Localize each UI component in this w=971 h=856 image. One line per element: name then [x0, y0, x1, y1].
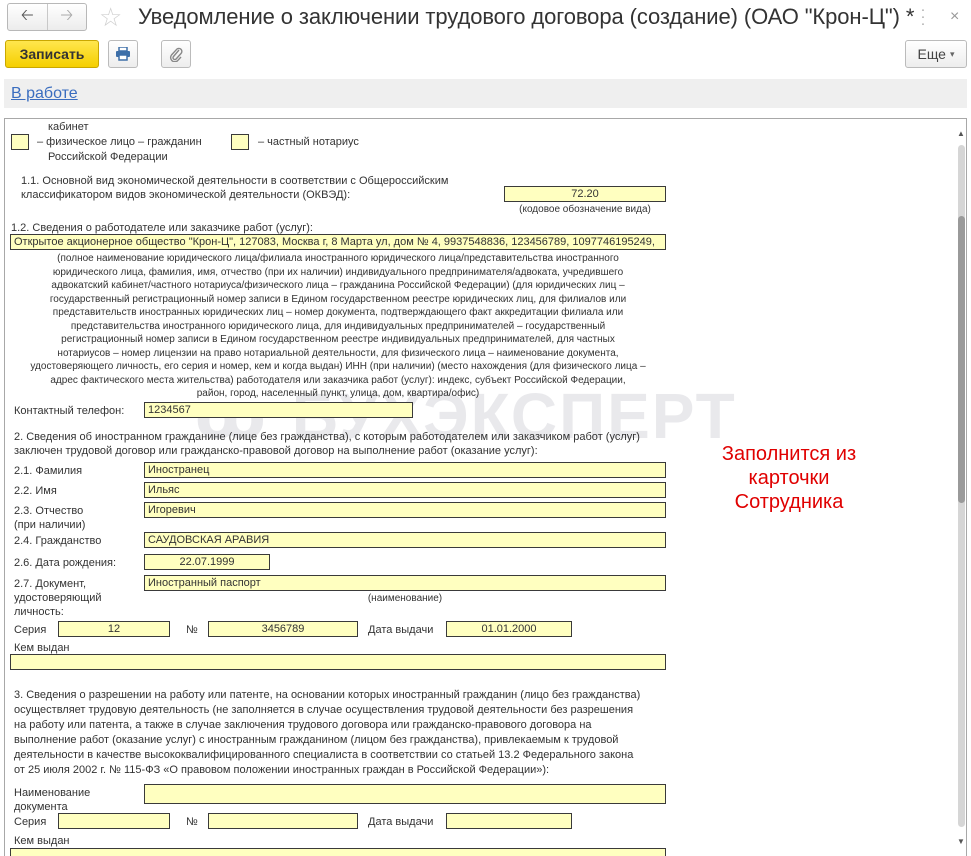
issue-date-label: Дата выдачи	[368, 623, 433, 637]
more-button[interactable]: Еще ▾	[905, 40, 967, 68]
employer-hint-line: регистрационный номер записи в Едином го…	[10, 333, 666, 347]
patronymic-label-2: (при наличии)	[14, 518, 85, 532]
vertical-scrollbar[interactable]: ▲ ▼	[955, 119, 967, 856]
phone-label: Контактный телефон:	[14, 404, 124, 418]
okved-hint: (кодовое обозначение вида)	[504, 203, 666, 217]
employer-hint-line: удостоверяющего личность, его серия и но…	[10, 360, 666, 374]
callout-line: Заполнится из	[722, 442, 856, 466]
permit-heading-line: от 25 июля 2002 г. № 115-ФЗ «О правовом …	[14, 763, 549, 777]
employer-hint-line: адвокатский кабинет/частного нотариуса/ф…	[10, 279, 666, 293]
print-button[interactable]	[108, 40, 138, 68]
id-document-label: 2.7. Документ,	[14, 577, 86, 591]
okved-label: 1.1. Основной вид экономической деятельн…	[21, 174, 448, 188]
permit-heading-line: осуществляет трудовую деятельность (не з…	[14, 703, 633, 717]
employer-hint-line: адрес фактического места жительства) раб…	[10, 374, 666, 388]
callout-line: Сотрудника	[735, 490, 844, 514]
attach-button[interactable]	[161, 40, 191, 68]
foreigner-heading-2: заключен трудовой договор или гражданско…	[14, 444, 538, 458]
id-document-label-3: личность:	[14, 605, 64, 619]
permit-issued-by-field[interactable]	[10, 848, 666, 856]
arrow-left-icon: 🡠	[21, 4, 34, 31]
notary-checkbox[interactable]	[231, 134, 249, 150]
chevron-down-icon: ▾	[950, 49, 955, 60]
employer-hint-line: представительства иностранного юридическ…	[10, 320, 666, 334]
individual-label-2: Российской Федерации	[48, 150, 168, 164]
status-link[interactable]: В работе	[11, 85, 78, 103]
employer-hint-line: (полное наименование юридического лица/ф…	[10, 252, 666, 266]
arrow-right-icon: 🡢	[60, 4, 73, 31]
more-label: Еще	[917, 46, 946, 62]
scroll-down-icon[interactable]: ▼	[957, 837, 965, 846]
permit-heading-line: 3. Сведения о разрешении на работу или п…	[14, 688, 640, 702]
okved-field[interactable]: 72.20	[504, 186, 666, 202]
name-label: 2.2. Имя	[14, 484, 57, 498]
id-document-label-2: удостоверяющий	[14, 591, 102, 605]
citizenship-field[interactable]: САУДОВСКАЯ АРАВИЯ	[144, 532, 666, 548]
window-title: Уведомление о заключении трудового догов…	[138, 4, 914, 30]
permit-series-field[interactable]	[58, 813, 170, 829]
more-vertical-icon[interactable]: ···	[920, 6, 926, 27]
employer-field[interactable]: Открытое акционерное общество "Крон-Ц", …	[10, 234, 666, 250]
issued-by-field[interactable]	[10, 654, 666, 670]
permit-number-field[interactable]	[208, 813, 358, 829]
number-field[interactable]: 3456789	[208, 621, 358, 637]
callout-text: Заполнится из карточки Сотрудника	[668, 426, 910, 530]
birthdate-label: 2.6. Дата рождения:	[14, 556, 116, 570]
permit-issue-date-field[interactable]	[446, 813, 572, 829]
permit-doc-label-2: документа	[14, 800, 68, 814]
star-icon[interactable]: ☆	[99, 3, 122, 31]
close-icon[interactable]: ×	[950, 8, 959, 26]
employer-hint-line: государственный регистрационный номер за…	[10, 293, 666, 307]
forward-button[interactable]: 🡢	[47, 4, 87, 30]
printer-icon	[115, 47, 131, 61]
issue-date-field[interactable]: 01.01.2000	[446, 621, 572, 637]
okved-label-2: классификатором видов экономической деят…	[21, 188, 350, 202]
paperclip-icon	[169, 46, 183, 62]
foreigner-heading: 2. Сведения об иностранном гражданине (л…	[14, 430, 640, 444]
surname-label: 2.1. Фамилия	[14, 464, 82, 478]
permit-heading-line: выполнение работ (оказание услуг) с инос…	[14, 733, 618, 747]
citizenship-label: 2.4. Гражданство	[14, 534, 101, 548]
permit-doc-field[interactable]	[144, 784, 666, 804]
permit-issue-date-label: Дата выдачи	[368, 815, 433, 829]
phone-field[interactable]: 1234567	[144, 402, 413, 418]
permit-doc-label: Наименование	[14, 786, 90, 800]
id-document-hint: (наименование)	[144, 592, 666, 606]
employer-hint-line: представительств иностранных юридических…	[10, 306, 666, 320]
cabinet-text: кабинет	[48, 120, 88, 134]
navigation-buttons: 🡠 🡢	[7, 3, 87, 31]
callout-line: карточки	[749, 466, 830, 490]
permit-series-label: Серия	[14, 815, 46, 829]
series-field[interactable]: 12	[58, 621, 170, 637]
save-button[interactable]: Записать	[5, 40, 99, 68]
notary-label: – частный нотариус	[258, 135, 359, 149]
surname-field[interactable]: Иностранец	[144, 462, 666, 478]
back-button[interactable]: 🡠	[8, 4, 47, 30]
employer-label: 1.2. Сведения о работодателе или заказчи…	[11, 221, 313, 235]
issued-by-label: Кем выдан	[14, 641, 70, 655]
patronymic-label: 2.3. Отчество	[14, 504, 83, 518]
number-label: №	[186, 623, 198, 637]
status-bar: В работе	[4, 79, 967, 108]
individual-checkbox[interactable]	[11, 134, 29, 150]
series-label: Серия	[14, 623, 46, 637]
permit-issued-by-label: Кем выдан	[14, 834, 70, 848]
callout-annotation: Заполнится из карточки Сотрудника	[668, 426, 910, 530]
individual-label: – физическое лицо – гражданин	[37, 135, 202, 149]
scrollbar-thumb[interactable]	[958, 216, 965, 502]
id-document-field[interactable]: Иностранный паспорт	[144, 575, 666, 591]
employer-hint-line: юридического лица, фамилия, имя, отчеств…	[10, 266, 666, 280]
scroll-up-icon[interactable]: ▲	[957, 129, 965, 138]
permit-heading-line: деятельности в качестве высококвалифицир…	[14, 748, 633, 762]
employer-hint-line: район, город, населенный пункт, улица, д…	[10, 387, 666, 401]
employer-hint-line: нотариусов – номер лицензии на право нот…	[10, 347, 666, 361]
name-field[interactable]: Ильяс	[144, 482, 666, 498]
permit-heading-line: на работу или патента, а также в случае …	[14, 718, 592, 732]
birthdate-field[interactable]: 22.07.1999	[144, 554, 270, 570]
patronymic-field[interactable]: Игоревич	[144, 502, 666, 518]
permit-number-label: №	[186, 815, 198, 829]
